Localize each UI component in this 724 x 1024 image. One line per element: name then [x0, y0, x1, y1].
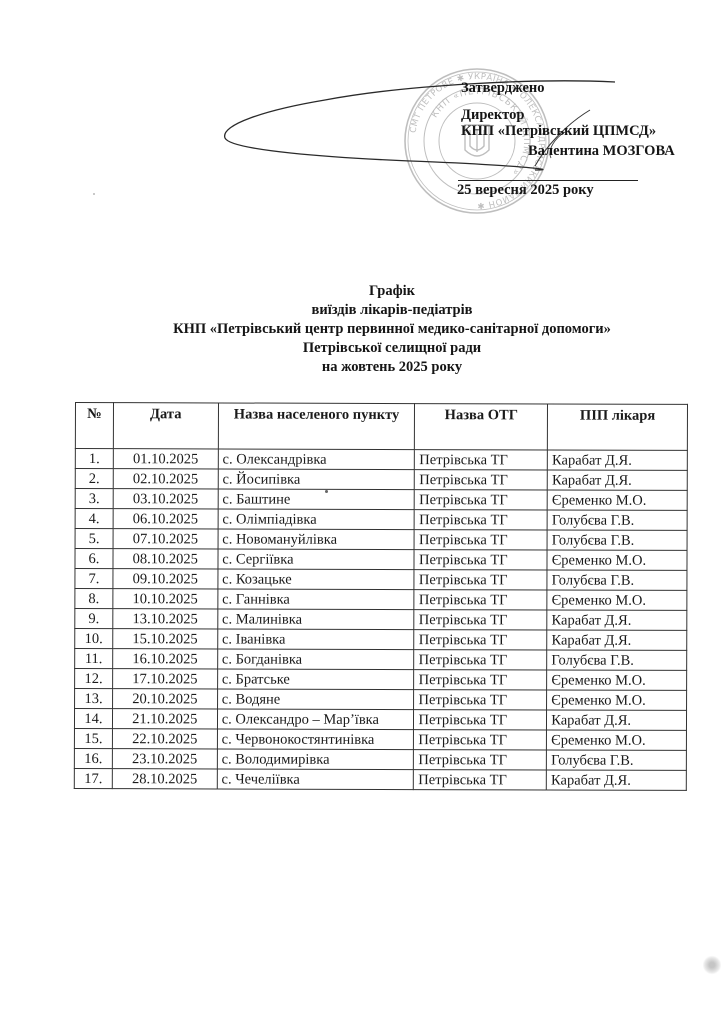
row-place: с. Сергіївка [218, 549, 415, 570]
row-date: 20.10.2025 [112, 689, 217, 709]
row-num: 10. [75, 629, 113, 649]
table-row: 12.17.10.2025с. БратськеПетрівська ТГЄре… [75, 669, 687, 691]
row-date: 06.10.2025 [113, 509, 218, 529]
row-date: 02.10.2025 [113, 469, 218, 489]
row-otg: Петрівська ТГ [414, 750, 547, 770]
row-num: 6. [75, 549, 113, 569]
row-otg: Петрівська ТГ [414, 650, 547, 670]
row-place: с. Червонокостянтинівка [217, 729, 414, 750]
row-place: с. Братське [217, 669, 414, 690]
row-date: 28.10.2025 [112, 769, 217, 789]
schedule-table: № Дата Назва населеного пункту Назва ОТГ… [74, 402, 688, 791]
table-row: 17.28.10.2025с. ЧечеліївкаПетрівська ТГК… [74, 768, 686, 790]
row-otg: Петрівська ТГ [415, 530, 548, 550]
row-otg: Петрівська ТГ [414, 690, 547, 710]
row-doctor: Карабат Д.Я. [547, 470, 687, 490]
scan-smudge [703, 955, 721, 975]
table-row: 2.02.10.2025с. ЙосипівкаПетрівська ТГКар… [75, 469, 687, 491]
row-num: 2. [75, 469, 113, 489]
title-line-2: виїздів лікарів-педіатрів [0, 301, 724, 320]
row-doctor: Єременко М.О. [547, 690, 687, 710]
title-line-4: Петрівської селищної ради [0, 339, 724, 358]
row-date: 21.10.2025 [112, 709, 217, 729]
row-doctor: Карабат Д.Я. [548, 450, 688, 470]
row-date: 01.10.2025 [113, 449, 218, 469]
row-num: 17. [74, 768, 112, 788]
row-place: с. Козацьке [218, 569, 415, 590]
row-num: 4. [75, 509, 113, 529]
row-place: с. Водяне [217, 689, 414, 710]
row-doctor: Єременко М.О. [547, 730, 687, 750]
row-place: с. Олександро – Мар’ївка [217, 709, 414, 730]
row-num: 9. [75, 609, 113, 629]
row-doctor: Карабат Д.Я. [547, 610, 687, 630]
row-num: 12. [75, 669, 113, 689]
row-doctor: Єременко М.О. [547, 550, 687, 570]
table-row: 16.23.10.2025с. ВолодимирівкаПетрівська … [74, 748, 686, 770]
approval-block: СМТ ПЕТРОВЕ ✱ УКРАЇНА ✱ ОЛЕКСАНДРІЙСЬКИЙ… [0, 0, 724, 220]
approval-date: 25 вересня 2025 року [457, 182, 594, 199]
row-num: 1. [75, 449, 113, 469]
row-otg: Петрівська ТГ [414, 670, 547, 690]
header-num: № [75, 403, 113, 449]
row-date: 17.10.2025 [113, 669, 218, 689]
document-page: СМТ ПЕТРОВЕ ✱ УКРАЇНА ✱ ОЛЕКСАНДРІЙСЬКИЙ… [0, 0, 724, 1024]
row-otg: Петрівська ТГ [415, 510, 548, 530]
title-line-5: на жовтень 2025 року [0, 358, 724, 377]
row-date: 09.10.2025 [113, 569, 218, 589]
signatory-name: Валентина МОЗГОВА [528, 143, 675, 160]
row-doctor: Єременко М.О. [547, 490, 687, 510]
row-otg: Петрівська ТГ [414, 550, 547, 570]
row-date: 08.10.2025 [113, 549, 218, 569]
title-line-3: КНП «Петрівський центр первинної медико-… [0, 320, 724, 339]
row-num: 16. [74, 748, 112, 768]
row-doctor: Голубєва Г.В. [547, 750, 687, 770]
row-date: 15.10.2025 [113, 629, 218, 649]
scan-speck [325, 490, 328, 493]
header-doctor: ПІП лікаря [548, 404, 688, 450]
table-row: 9.13.10.2025с. МалинівкаПетрівська ТГКар… [75, 609, 687, 631]
approved-label: Затверджено [461, 80, 545, 97]
row-doctor: Голубєва Г.В. [547, 570, 687, 590]
table-row: 8.10.10.2025с. ГаннівкаПетрівська ТГЄрем… [75, 589, 687, 611]
table-row: 13.20.10.2025с. ВодянеПетрівська ТГЄреме… [75, 689, 687, 711]
row-doctor: Карабат Д.Я. [547, 770, 687, 790]
header-date: Дата [113, 403, 218, 449]
row-date: 07.10.2025 [113, 529, 218, 549]
document-title: Графік виїздів лікарів-педіатрів КНП «Пе… [0, 282, 724, 377]
table-row: 4.06.10.2025с. ОлімпіадівкаПетрівська ТГ… [75, 509, 687, 531]
row-place: с. Малинівка [217, 609, 414, 630]
table-header-row: № Дата Назва населеного пункту Назва ОТГ… [75, 403, 687, 451]
table-row: 7.09.10.2025с. КозацькеПетрівська ТГГолу… [75, 569, 687, 591]
row-date: 13.10.2025 [113, 609, 218, 629]
row-doctor: Єременко М.О. [547, 590, 687, 610]
row-date: 23.10.2025 [112, 749, 217, 769]
row-otg: Петрівська ТГ [414, 710, 547, 730]
row-date: 03.10.2025 [113, 489, 218, 509]
row-otg: Петрівська ТГ [414, 770, 547, 790]
row-doctor: Єременко М.О. [547, 670, 687, 690]
row-place: с. Йосипівка [218, 469, 415, 490]
row-otg: Петрівська ТГ [414, 630, 547, 650]
row-otg: Петрівська ТГ [414, 570, 547, 590]
row-place: с. Ганнівка [218, 589, 415, 610]
row-otg: Петрівська ТГ [414, 590, 547, 610]
header-place: Назва населеного пункту [218, 403, 415, 450]
row-num: 13. [75, 689, 113, 709]
row-place: с. Новомануйлівка [218, 529, 415, 550]
title-line-1: Графік [0, 282, 724, 301]
row-otg: Петрівська ТГ [414, 730, 547, 750]
row-place: с. Олімпіадівка [218, 509, 415, 530]
table-row: 11.16.10.2025с. БогданівкаПетрівська ТГГ… [75, 649, 687, 671]
row-place: с. Чечеліївка [217, 769, 414, 790]
row-doctor: Голубєва Г.В. [547, 530, 687, 550]
row-num: 3. [75, 489, 113, 509]
row-num: 11. [75, 649, 113, 669]
row-date: 16.10.2025 [113, 649, 218, 669]
table-row: 6.08.10.2025с. СергіївкаПетрівська ТГЄре… [75, 549, 687, 571]
table-body: 1.01.10.2025с. ОлександрівкаПетрівська Т… [74, 449, 687, 791]
row-otg: Петрівська ТГ [415, 450, 548, 470]
director-title: Директор [461, 107, 524, 124]
header-otg: Назва ОТГ [415, 404, 548, 450]
row-num: 8. [75, 589, 113, 609]
row-date: 22.10.2025 [112, 729, 217, 749]
table-row: 14.21.10.2025с. Олександро – Мар’ївкаПет… [74, 709, 686, 731]
row-place: с. Богданівка [217, 649, 414, 670]
table-row: 15.22.10.2025с. ЧервонокостянтинівкаПетр… [74, 728, 686, 750]
row-place: с. Володимирівка [217, 749, 414, 770]
organization-name: КНП «Петрівський ЦПМСД» [461, 123, 656, 140]
row-doctor: Голубєва Г.В. [547, 650, 687, 670]
table-row: 5.07.10.2025с. НовомануйлівкаПетрівська … [75, 529, 687, 551]
row-doctor: Карабат Д.Я. [547, 710, 687, 730]
table-row: 1.01.10.2025с. ОлександрівкаПетрівська Т… [75, 449, 687, 471]
row-place: с. Іванівка [217, 629, 414, 650]
scan-speck [93, 193, 95, 195]
row-num: 14. [74, 709, 112, 729]
row-place: с. Баштине [218, 489, 415, 510]
table-row: 10.15.10.2025с. ІванівкаПетрівська ТГКар… [75, 629, 687, 651]
row-doctor: Голубєва Г.В. [547, 510, 687, 530]
row-num: 15. [74, 728, 112, 748]
row-date: 10.10.2025 [113, 589, 218, 609]
row-otg: Петрівська ТГ [415, 490, 548, 510]
row-place: с. Олександрівка [218, 449, 415, 470]
row-otg: Петрівська ТГ [415, 470, 548, 490]
table-row: 3.03.10.2025с. БаштинеПетрівська ТГЄреме… [75, 489, 687, 511]
signature-line [458, 180, 638, 181]
row-otg: Петрівська ТГ [414, 610, 547, 630]
row-doctor: Карабат Д.Я. [547, 630, 687, 650]
row-num: 7. [75, 569, 113, 589]
row-num: 5. [75, 529, 113, 549]
